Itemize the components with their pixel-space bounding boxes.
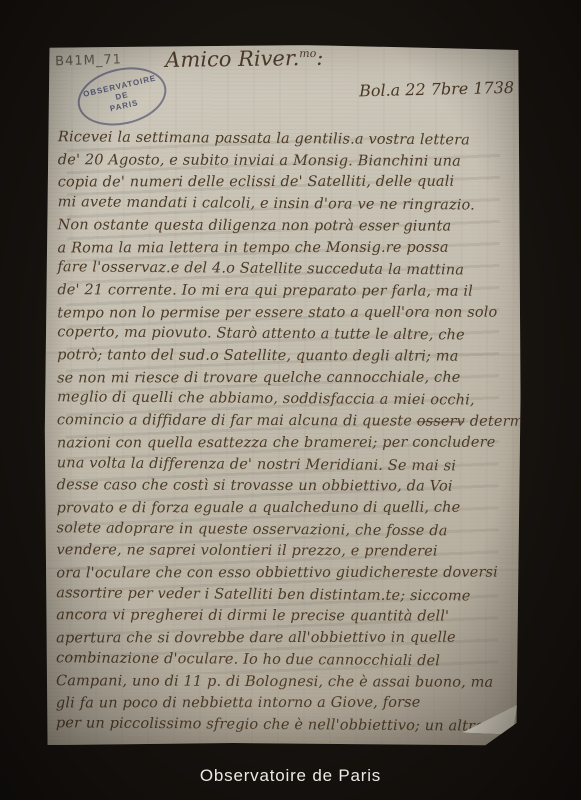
handwritten-line: comincio a diffidare di far mai alcuna d… [57,410,513,433]
letter-paper: B41M_71 OBSERVATOIRE DE PARIS Amico Rive… [43,44,522,747]
handwritten-line: vendere, ne saprei volontieri il prezzo,… [56,541,512,564]
dateline: Bol.a 22 7bre 1738 [359,78,519,101]
photo-caption: Observatoire de Paris [0,766,581,786]
handwritten-line: solete adoprare in queste osservazioni, … [56,518,512,543]
handwritten-line: Ricevei la settimana passata la gentilis… [58,127,514,152]
handwritten-line: nazioni con quella esattezza che bramere… [57,432,513,454]
handwritten-line: gli fa un poco di nebbietta intorno a Gi… [56,693,512,715]
handwritten-line: de' 20 Agosto, e subito inviai a Monsig.… [58,150,514,173]
handwritten-line: a Roma la mia lettera in tempo che Monsi… [57,237,513,259]
handwritten-line: copia de' numeri delle eclissi de' Satel… [58,172,514,194]
letter-body: Ricevei la settimana passata la gentilis… [56,128,514,737]
handwritten-line: ora l'oculare che con esso obbiettivo gi… [56,563,512,585]
handwritten-line: combinazione d'oculare. Io ho due cannoc… [56,648,512,673]
handwritten-line: provato e di forza eguale a qualcheduno … [57,498,513,520]
archival-shelfmark-note: B41M_71 [55,52,122,69]
handwritten-line: Campani, uno di 11 p. di Bolognesi, che … [56,671,512,694]
handwritten-line: Non ostante questa diligenza non potrà e… [58,215,514,238]
salutation-text: Amico River. [165,46,299,72]
salutation-colon: : [316,46,323,70]
handwritten-line: assortire per veder i Satelliti ben dist… [56,583,512,608]
handwritten-line: mi avete mandati i calcoli, e insin d'or… [58,192,514,217]
handwritten-line: fare l'osservaz.e del 4.o Satellite succ… [57,257,513,282]
handwritten-line: ancora vi pregherei di dirmi le precise … [56,606,512,629]
handwritten-line: desse caso che costì si trovasse un obbi… [57,475,513,498]
photo-background: { "photo": { "caption": "Observatoire de… [0,0,581,800]
handwritten-line: se non mi riesce di trovare quelche cann… [57,367,513,389]
handwritten-line: coperto, ma piovuto. Starò attento a tut… [57,323,513,348]
handwritten-line: de' 21 corrente. Io mi era qui preparato… [57,280,513,303]
handwritten-line: tempo non lo permise per essere stato a … [57,302,513,324]
salutation: Amico River.mo: [165,46,324,72]
salutation-superscript: mo [299,47,316,60]
handwritten-line: per un piccolissimo sfregio che è nell'o… [56,713,512,738]
handwritten-line: apertura che si dovrebbe dare all'obbiet… [56,628,512,650]
observatory-stamp: OBSERVATOIRE DE PARIS [72,59,172,134]
handwritten-line: potrò; tanto del sud.o Satellite, quanto… [57,345,513,368]
stamp-text: OBSERVATOIRE DE PARIS [82,74,161,120]
handwritten-line: meglio di quelli che abbiamo, soddisfacc… [57,388,513,413]
handwritten-line: una volta la differenza de' nostri Merid… [57,453,513,478]
